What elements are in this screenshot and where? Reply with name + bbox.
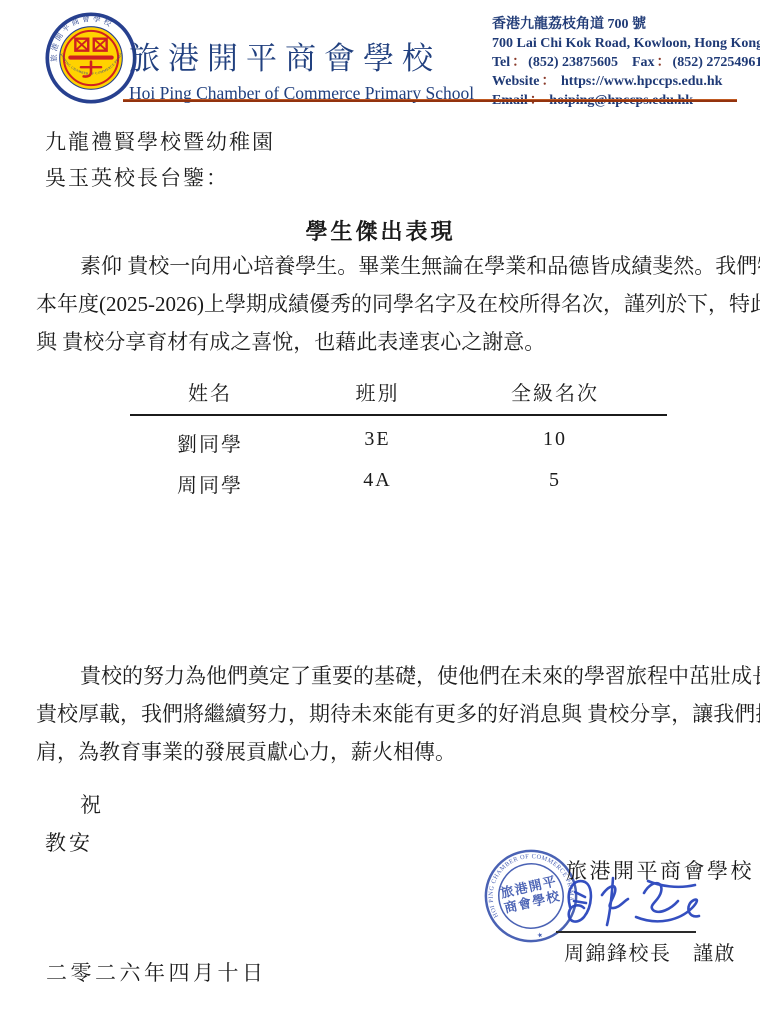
signature-handwriting (556, 871, 706, 931)
header-divider (123, 99, 737, 102)
paragraph-1-line-1: 素仰 貴校一向用心培養學生。畢業生無論在學業和品德皆成績斐然。我們特別將 (36, 247, 726, 285)
fax-colon: ： (655, 55, 673, 70)
paragraph-1-line-3: 與 貴校分享育材有成之喜悅，也藉此表達衷心之謝意。 (36, 323, 726, 361)
signature-line (556, 931, 696, 933)
fax-label: Fax (632, 55, 655, 70)
student-class: 4A (290, 469, 465, 498)
paragraph-2: 貴校的努力為他們奠定了重要的基礎，使他們在未來的學習旅程中茁壯成長。承蒙 貴校厚… (36, 657, 726, 771)
closing-word-zhu: 祝 (80, 789, 101, 819)
student-rank: 5 (465, 469, 645, 498)
signer-name: 周錦鋒校長 謹啟 (564, 937, 736, 966)
tel-label: Tel (492, 55, 510, 70)
paragraph-1: 素仰 貴校一向用心培養學生。畢業生無論在學業和品德皆成績斐然。我們特別將 本年度… (36, 247, 726, 361)
recipient-salutation: 吳玉英校長台鑒： (45, 162, 229, 192)
website-colon: ： (539, 74, 557, 89)
contact-tel-fax: Tel：(852) 23875605Fax：(852) 27254961 (492, 53, 752, 72)
results-table: 姓名 班別 全級名次 劉同學 3E 10 周同學 4A 5 (130, 377, 667, 498)
tel-value: (852) 23875605 (528, 55, 618, 70)
website-label: Website (492, 74, 539, 89)
header-rank: 全級名次 (465, 377, 645, 406)
letter-title: 學生傑出表現 (36, 215, 725, 246)
stamp-star-icon: ★ (536, 931, 544, 940)
paragraph-2-line-3: 肩，為教育事業的發展貢獻心力，薪火相傳。 (36, 733, 726, 771)
header-class: 班別 (290, 377, 465, 406)
student-name: 周同學 (130, 469, 290, 498)
paragraph-1-line-2: 本年度(2025-2026)上學期成績優秀的同學名字及在校所得名次，謹列於下，特… (36, 285, 726, 323)
website-value[interactable]: https://www.hpccps.edu.hk (561, 74, 722, 89)
contact-block: 香港九龍荔枝角道 700 號 700 Lai Chi Kok Road, Kow… (492, 15, 752, 110)
letter-page: 旅港開平商會學校 HOIPING CHAMBER OF COMMERCE PRI… (0, 0, 760, 1009)
tel-colon: ： (510, 55, 528, 70)
student-rank: 10 (465, 428, 645, 457)
table-row: 周同學 4A 5 (130, 469, 667, 498)
table-row: 劉同學 3E 10 (130, 428, 667, 457)
student-class: 3E (290, 428, 465, 457)
letter-date: 二零二六年四月十日 (46, 957, 267, 987)
school-name-zh: 旅港開平商會學校 (129, 33, 474, 78)
closing-word-jiaoan: 教安 (45, 827, 93, 857)
fax-value: (852) 27254961 (673, 55, 760, 70)
results-table-header: 姓名 班別 全級名次 (130, 377, 667, 416)
student-name: 劉同學 (130, 428, 290, 457)
contact-address-zh: 香港九龍荔枝角道 700 號 (492, 15, 752, 34)
school-logo: 旅港開平商會學校 HOIPING CHAMBER OF COMMERCE PRI… (45, 12, 137, 104)
paragraph-2-line-2: 貴校厚載，我們將繼續努力，期待未來能有更多的好消息與 貴校分享，讓我們攜手並 (36, 695, 726, 733)
contact-website: Website： https://www.hpccps.edu.hk (492, 72, 752, 91)
recipient-school: 九龍禮賢學校暨幼稚園 (45, 126, 275, 156)
contact-address-en: 700 Lai Chi Kok Road, Kowloon, Hong Kong (492, 34, 752, 53)
school-logo-emblem: 旅港開平商會學校 HOIPING CHAMBER OF COMMERCE PRI… (45, 12, 137, 104)
school-names: 旅港開平商會學校 Hoi Ping Chamber of Commerce Pr… (129, 33, 474, 104)
principal-signature (556, 871, 706, 931)
paragraph-2-line-1: 貴校的努力為他們奠定了重要的基礎，使他們在未來的學習旅程中茁壯成長。承蒙 (36, 657, 726, 695)
header-name: 姓名 (130, 377, 290, 406)
